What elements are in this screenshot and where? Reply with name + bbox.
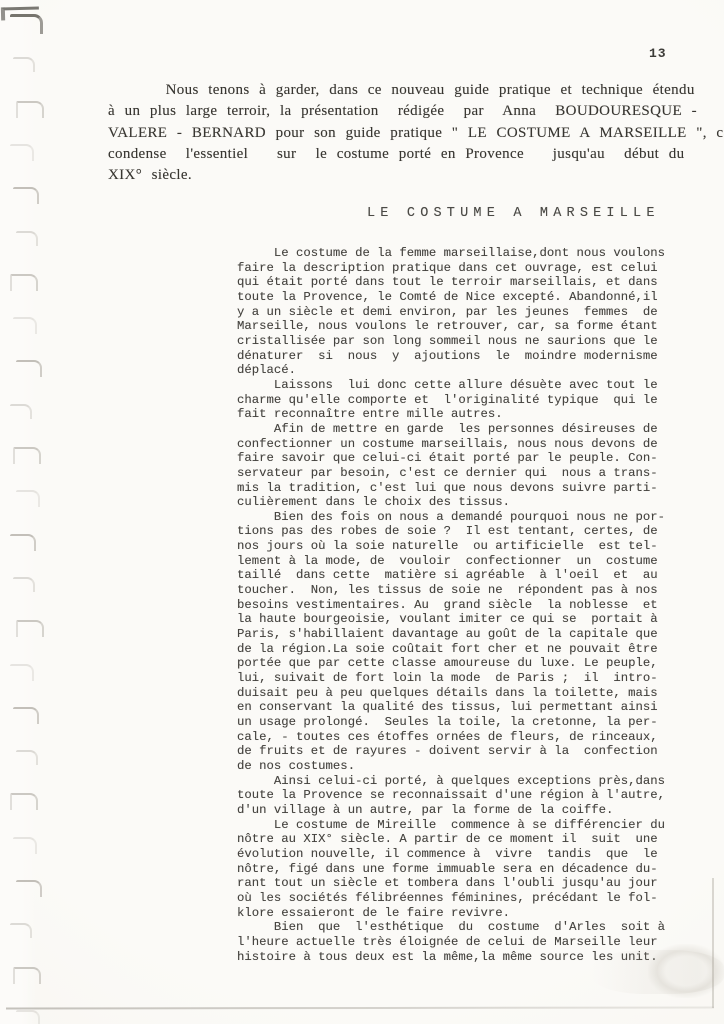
torn-hole-mark — [16, 101, 44, 118]
torn-hole-mark — [16, 231, 38, 246]
torn-hole-mark — [16, 360, 42, 377]
torn-hole-mark — [13, 837, 37, 854]
torn-hole-mark — [13, 577, 35, 592]
scanned-document-page: 13 Nous tenons à garder, dans ce nouveau… — [0, 0, 724, 1024]
torn-hole-mark — [13, 967, 41, 984]
intro-paragraph: Nous tenons à garder, dans ce nouveau gu… — [108, 80, 704, 186]
torn-hole-mark — [13, 187, 39, 204]
body-text: Le costume de la femme marseillaise,dont… — [237, 246, 665, 964]
torn-hole-mark — [10, 274, 38, 291]
torn-hole-mark — [10, 664, 34, 681]
torn-hole-mark — [16, 880, 42, 897]
torn-hole-mark — [16, 490, 40, 507]
torn-hole-mark — [16, 750, 38, 765]
torn-hole-mark — [10, 793, 38, 810]
page-number: 13 — [649, 46, 667, 61]
torn-hole-mark — [16, 1010, 40, 1024]
torn-hole-mark — [13, 707, 39, 724]
torn-hole-mark — [13, 57, 35, 72]
torn-hole-mark — [13, 447, 41, 464]
torn-hole-mark — [10, 144, 34, 161]
torn-hole-mark — [13, 317, 37, 334]
page-right-edge — [712, 878, 714, 1008]
torn-hole-mark — [10, 404, 32, 419]
torn-hole-mark — [16, 620, 44, 637]
section-title: LE COSTUME A MARSEILLE — [367, 206, 660, 221]
torn-hole-mark — [10, 923, 32, 938]
page-corner-fold — [1, 7, 39, 21]
torn-hole-mark — [10, 534, 36, 551]
page-bottom-edge — [6, 1007, 714, 1010]
